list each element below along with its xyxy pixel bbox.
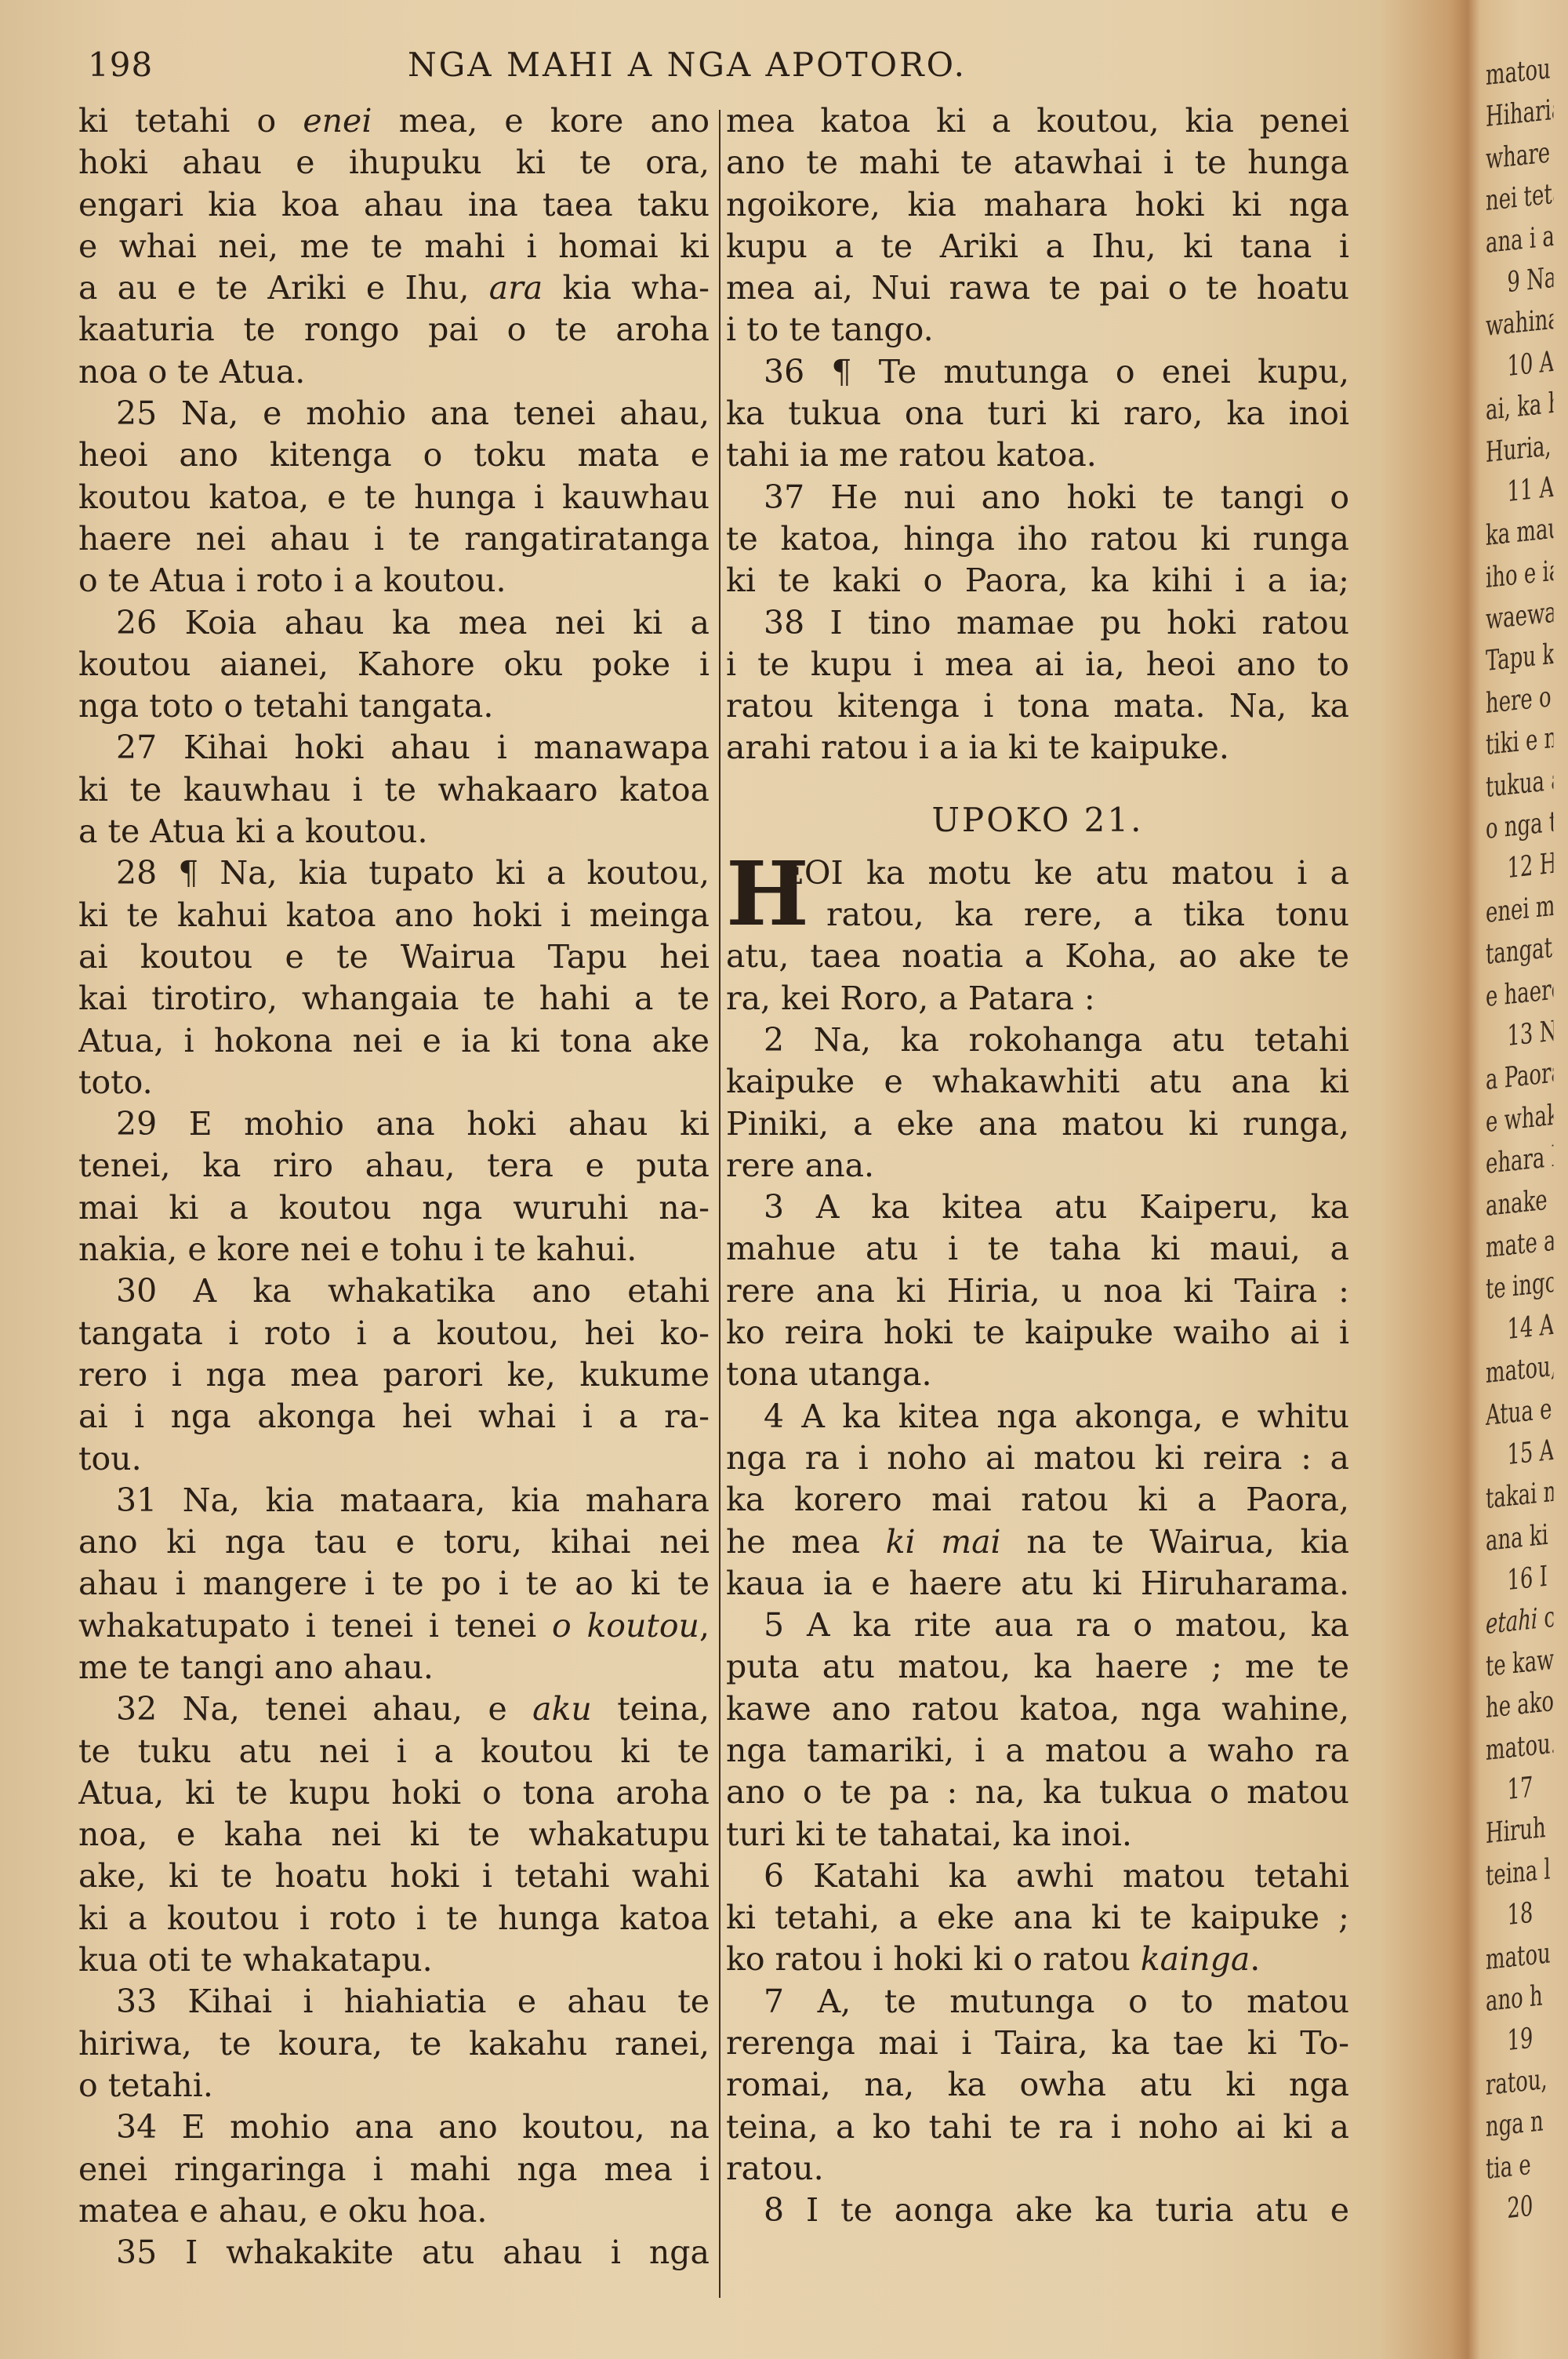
adjacent-page-line: ano h (1486, 1974, 1553, 2023)
adjacent-page-line: wahina, (1486, 299, 1553, 347)
adjacent-page-line: nga n (1486, 2099, 1553, 2148)
adjacent-page-line: tangata (1486, 927, 1553, 976)
text-line: puta atu matou, ka haere ; me te (726, 1646, 1349, 1688)
adjacent-page-line: etahi c (1486, 1597, 1553, 1645)
adjacent-page-line: enei me (1486, 885, 1553, 934)
adjacent-page-line: te kaw (1486, 1639, 1553, 1688)
text-line: atu, taea noatia a Koha, ao ake te (726, 936, 1349, 977)
text-line: EOI ka motu ke atu matou i a (726, 852, 1349, 894)
chapter-opening: H EOI ka motu ke atu matou i aratou, ka … (726, 852, 1349, 936)
adjacent-page-line: 11 A, (1486, 467, 1553, 515)
text-line: Piniki, a eke ana matou ki runga, (726, 1103, 1349, 1145)
text-line: noa o te Atua. (78, 351, 710, 393)
adjacent-page-line: 20 (1486, 2183, 1553, 2232)
text-line: 34 E mohio ana ano koutou, na (78, 2106, 710, 2148)
text-line: ki te kauwhau i te whakaaro katoa (78, 769, 710, 811)
text-line: hiriwa, te koura, te kakahu ranei, (78, 2023, 710, 2065)
dropcap-letter: H (726, 856, 809, 934)
adjacent-page-line: Tapu ko (1486, 634, 1553, 682)
text-line: heoi ano kitenga o toku mata e (78, 434, 710, 476)
text-line: he mea ki mai na te Wairua, kia (726, 1521, 1349, 1563)
running-head: 198 NGA MAHI A NGA APOTORO. (88, 45, 1358, 93)
adjacent-page-line: he ako (1486, 1681, 1553, 1729)
adjacent-page-line: takai m (1486, 1471, 1553, 1520)
text-line: kawe ano ratou katoa, nga wahine, (726, 1688, 1349, 1730)
text-line: rerenga mai i Taira, ka tae ki To- (726, 2023, 1349, 2064)
adjacent-page-line: matou. (1486, 1723, 1553, 1772)
text-line: kai tirotiro, whangaia te hahi a te (78, 978, 710, 1020)
text-line: engari kia koa ahau ina taea taku (78, 184, 710, 226)
adjacent-page-line: 17 (1486, 1765, 1553, 1813)
adjacent-page-line: 10 A (1486, 341, 1553, 390)
text-line: rere ana ki Hiria, u noa ki Taira : (726, 1270, 1349, 1312)
acts-21-text: atu, taea noatia a Koha, ao ake tera, ke… (726, 936, 1349, 2231)
text-line: enei ringaringa i mahi nga mea i (78, 2149, 710, 2190)
text-line: turi ki te tahatai, ka inoi. (726, 1814, 1349, 1856)
text-line: e whai nei, me te mahi i homai ki (78, 226, 710, 267)
adjacent-page-line: ana i a ia (1486, 215, 1553, 264)
text-line: 6 Katahi ka awhi matou tetahi (726, 1856, 1349, 1897)
adjacent-page-line: 15 A (1486, 1430, 1553, 1478)
text-line: 31 Na, kia mataara, kia mahara (78, 1480, 710, 1521)
text-line: 36 ¶ Te mutunga o enei kupu, (726, 351, 1349, 393)
adjacent-page-line: 9 Na, (1486, 257, 1553, 306)
text-line: ano o te pa : na, ka tukua o matou (726, 1772, 1349, 1813)
text-line: ki tetahi, a eke ana ki te kaipuke ; (726, 1897, 1349, 1939)
text-line: 27 Kihai hoki ahau i manawapa (78, 727, 710, 769)
text-line: 25 Na, e mohio ana tenei ahau, (78, 393, 710, 434)
text-line: ko reira hoki te kaipuke waiho ai i (726, 1312, 1349, 1354)
adjacent-page-line: e whak (1486, 1095, 1553, 1143)
adjacent-page-edge: matou kHiharia :whare onei tetahana i a … (1486, 48, 1553, 2353)
adjacent-page-line: te ingoa (1486, 1262, 1553, 1310)
text-line: kaaturia te rongo pai o te aroha (78, 309, 710, 351)
text-line: nga ra i noho ai matou ki reira : a (726, 1438, 1349, 1479)
text-line: ki te kaki o Paora, ka kihi i a ia; (726, 560, 1349, 602)
text-line: kua oti te whakatapu. (78, 1939, 710, 1981)
text-line: nga tamariki, i a matou a waho ra (726, 1730, 1349, 1772)
text-line: ai koutou e te Wairua Tapu hei (78, 936, 710, 978)
adjacent-page-line: mate an (1486, 1220, 1553, 1269)
adjacent-page-line: 13 N (1486, 1011, 1553, 1060)
adjacent-page-line: teina l (1486, 1848, 1553, 1897)
adjacent-page-line: Atua e (1486, 1387, 1553, 1436)
text-line: 3 A ka kitea atu Kaiperu, ka (726, 1187, 1349, 1228)
text-line: i to te tango. (726, 309, 1349, 351)
text-line: ko ratou i hoki ki o ratou kainga. (726, 1939, 1349, 1980)
text-line: ratou. (726, 2148, 1349, 2190)
text-line: ratou, ka rere, a tika tonu (726, 894, 1349, 936)
text-line: ka korero mai ratou ki a Paora, (726, 1479, 1349, 1521)
text-line: 8 I te aonga ake ka turia atu e (726, 2190, 1349, 2231)
adjacent-page-line: o nga ta (1486, 801, 1553, 850)
text-line: o te Atua i roto i a koutou. (78, 560, 710, 602)
left-text-column: ki tetahi o enei mea, e kore anohoki aha… (78, 100, 710, 2274)
text-line: ki a koutou i roto i te hunga katoa (78, 1898, 710, 1939)
text-line: ki te kahui katoa ano hoki i meinga (78, 895, 710, 936)
text-line: 2 Na, ka rokohanga atu tetahi (726, 1020, 1349, 1061)
column-rule (719, 110, 720, 2298)
right-text-column: mea katoa ki a koutou, kia peneiano te m… (726, 100, 1349, 2232)
text-line: te tuku atu nei i a koutou ki te (78, 1731, 710, 1772)
adjacent-page-line: matou (1486, 1932, 1553, 1980)
text-line: rero i nga mea parori ke, kukume (78, 1354, 710, 1396)
adjacent-page-line: matou, (1486, 1346, 1553, 1394)
adjacent-page-line: matou k (1486, 48, 1553, 96)
page-number: 198 (88, 45, 153, 84)
text-line: kupu a te Ariki a Ihu, ki tana i (726, 226, 1349, 267)
adjacent-page-line: ehara h (1486, 1136, 1553, 1185)
text-line: nga toto o tetahi tangata. (78, 685, 710, 727)
text-line: ngoikore, kia mahara hoki ki nga (726, 184, 1349, 226)
text-line: tangata i roto i a koutou, hei ko- (78, 1313, 710, 1354)
running-title: NGA MAHI A NGA APOTORO. (408, 45, 967, 84)
text-line: me te tangi ano ahau. (78, 1647, 710, 1688)
text-line: 26 Koia ahau ka mea nei ki a (78, 602, 710, 644)
text-line: nakia, e kore nei e tohu i te kahui. (78, 1229, 710, 1270)
text-line: mai ki a koutou nga wuruhi na- (78, 1187, 710, 1229)
text-line: haere nei ahau i te rangatiratanga (78, 518, 710, 560)
text-line: teina, a ko tahi te ra i noho ai ki a (726, 2106, 1349, 2148)
adjacent-page-line: a Paora, (1486, 1052, 1553, 1101)
text-line: ki tetahi o enei mea, e kore ano (78, 100, 710, 142)
adjacent-page-line: tiki e n (1486, 718, 1553, 766)
text-line: te katoa, hinga iho ratou ki runga (726, 518, 1349, 560)
text-line: kaua ia e haere atu ki Hiruharama. (726, 1563, 1349, 1605)
adjacent-page-line: 14 A (1486, 1304, 1553, 1353)
text-line: i te kupu i mea ai ia, heoi ano to (726, 644, 1349, 685)
text-line: o tetahi. (78, 2065, 710, 2106)
text-line: 30 A ka whakatika ano etahi (78, 1270, 710, 1312)
text-line: whakatupato i tenei i tenei o koutou, (78, 1605, 710, 1647)
text-line: toto. (78, 1062, 710, 1103)
text-line: koutou katoa, e te hunga i kauwhau (78, 477, 710, 518)
adjacent-page-line: ana ki (1486, 1514, 1553, 1562)
text-line: tona utanga. (726, 1354, 1349, 1395)
text-line: 4 A ka kitea nga akonga, e whitu (726, 1396, 1349, 1438)
adjacent-page-line: Hiharia : (1486, 89, 1553, 138)
text-line: tenei, ka riro ahau, tera e puta (78, 1145, 710, 1187)
adjacent-page-line: tia e (1486, 2141, 1553, 2190)
acts-20-ending: mea katoa ki a koutou, kia peneiano te m… (726, 100, 1349, 769)
text-line: 28 ¶ Na, kia tupato ki a koutou, (78, 852, 710, 894)
text-line: ka tukua ona turi ki raro, ka inoi (726, 393, 1349, 434)
adjacent-page-line: ka mau (1486, 508, 1553, 557)
text-line: arahi ratou i a ia ki te kaipuke. (726, 727, 1349, 769)
adjacent-page-line: Huria, k (1486, 424, 1553, 473)
adjacent-page-line: ai, ka h (1486, 383, 1553, 431)
text-line: tou. (78, 1438, 710, 1480)
text-line: kaipuke e whakawhiti atu ana ki (726, 1061, 1349, 1103)
text-line: hoki ahau e ihupuku ki te ora, (78, 142, 710, 184)
chapter-heading: UPOKO 21. (726, 769, 1349, 852)
adjacent-page-line: tukua at (1486, 760, 1553, 809)
text-line: ano te mahi te atawhai i te hunga (726, 142, 1349, 184)
text-line: romai, na, ka owha atu ki nga (726, 2064, 1349, 2106)
text-line: a te Atua ki a koutou. (78, 811, 710, 852)
text-line: ai i nga akonga hei whai i a ra- (78, 1396, 710, 1438)
adjacent-page-line: 19 (1486, 2016, 1553, 2064)
text-line: rere ana. (726, 1145, 1349, 1187)
text-line: ahau i mangere i te po i te ao ki te (78, 1563, 710, 1605)
text-line: 32 Na, tenei ahau, e aku teina, (78, 1688, 710, 1730)
text-line: 37 He nui ano hoki te tangi o (726, 477, 1349, 518)
text-line: 7 A, te mutunga o to matou (726, 1981, 1349, 2023)
adjacent-page-line: waewae, (1486, 592, 1553, 641)
adjacent-page-line: 16 I (1486, 1555, 1553, 1604)
text-line: 29 E mohio ana hoki ahau ki (78, 1103, 710, 1145)
text-line: Atua, i hokona nei e ia ki tona ake (78, 1020, 710, 1062)
text-line: 5 A ka rite aua ra o matou, ka (726, 1605, 1349, 1646)
adjacent-page-line: whare o (1486, 132, 1553, 180)
text-line: matea e ahau, e oku hoa. (78, 2190, 710, 2232)
text-line: 38 I tino mamae pu hoki ratou (726, 602, 1349, 644)
book-page: 198 NGA MAHI A NGA APOTORO. ki tetahi o … (0, 0, 1454, 2359)
text-line: ra, kei Roro, a Patara : (726, 978, 1349, 1020)
text-line: ratou kitenga i tona mata. Na, ka (726, 685, 1349, 727)
adjacent-page-line: Hiruh (1486, 1806, 1553, 1855)
adjacent-page-line: e haere (1486, 969, 1553, 1018)
adjacent-page-line: nei tetah (1486, 173, 1553, 222)
adjacent-page-line: here o t (1486, 676, 1553, 725)
text-line: koutou aianei, Kahore oku poke i (78, 644, 710, 685)
text-line: ano ki nga tau e toru, kihai nei (78, 1521, 710, 1563)
adjacent-page-line: ratou, (1486, 2058, 1553, 2106)
text-line: ake, ki te hoatu hoki i tetahi wahi (78, 1856, 710, 1897)
text-line: tahi ia me ratou katoa. (726, 434, 1349, 476)
text-line: 35 I whakakite atu ahau i nga (78, 2232, 710, 2274)
text-line: noa, e kaha nei ki te whakatupu (78, 1814, 710, 1856)
text-line: mahue atu i te taha ki maui, a (726, 1228, 1349, 1270)
text-line: a au e te Ariki e Ihu, ara kia wha- (78, 267, 710, 309)
adjacent-page-line: iho e ia (1486, 551, 1553, 599)
adjacent-page-line: anake ta (1486, 1178, 1553, 1227)
text-line: mea katoa ki a koutou, kia penei (726, 100, 1349, 142)
adjacent-page-line: 12 H (1486, 843, 1553, 892)
text-line: mea ai, Nui rawa te pai o te hoatu (726, 267, 1349, 309)
adjacent-page-line: 18 (1486, 1890, 1553, 1939)
text-line: Atua, ki te kupu hoki o tona aroha (78, 1772, 710, 1814)
text-line: 33 Kihai i hiahiatia e ahau te (78, 1981, 710, 2023)
